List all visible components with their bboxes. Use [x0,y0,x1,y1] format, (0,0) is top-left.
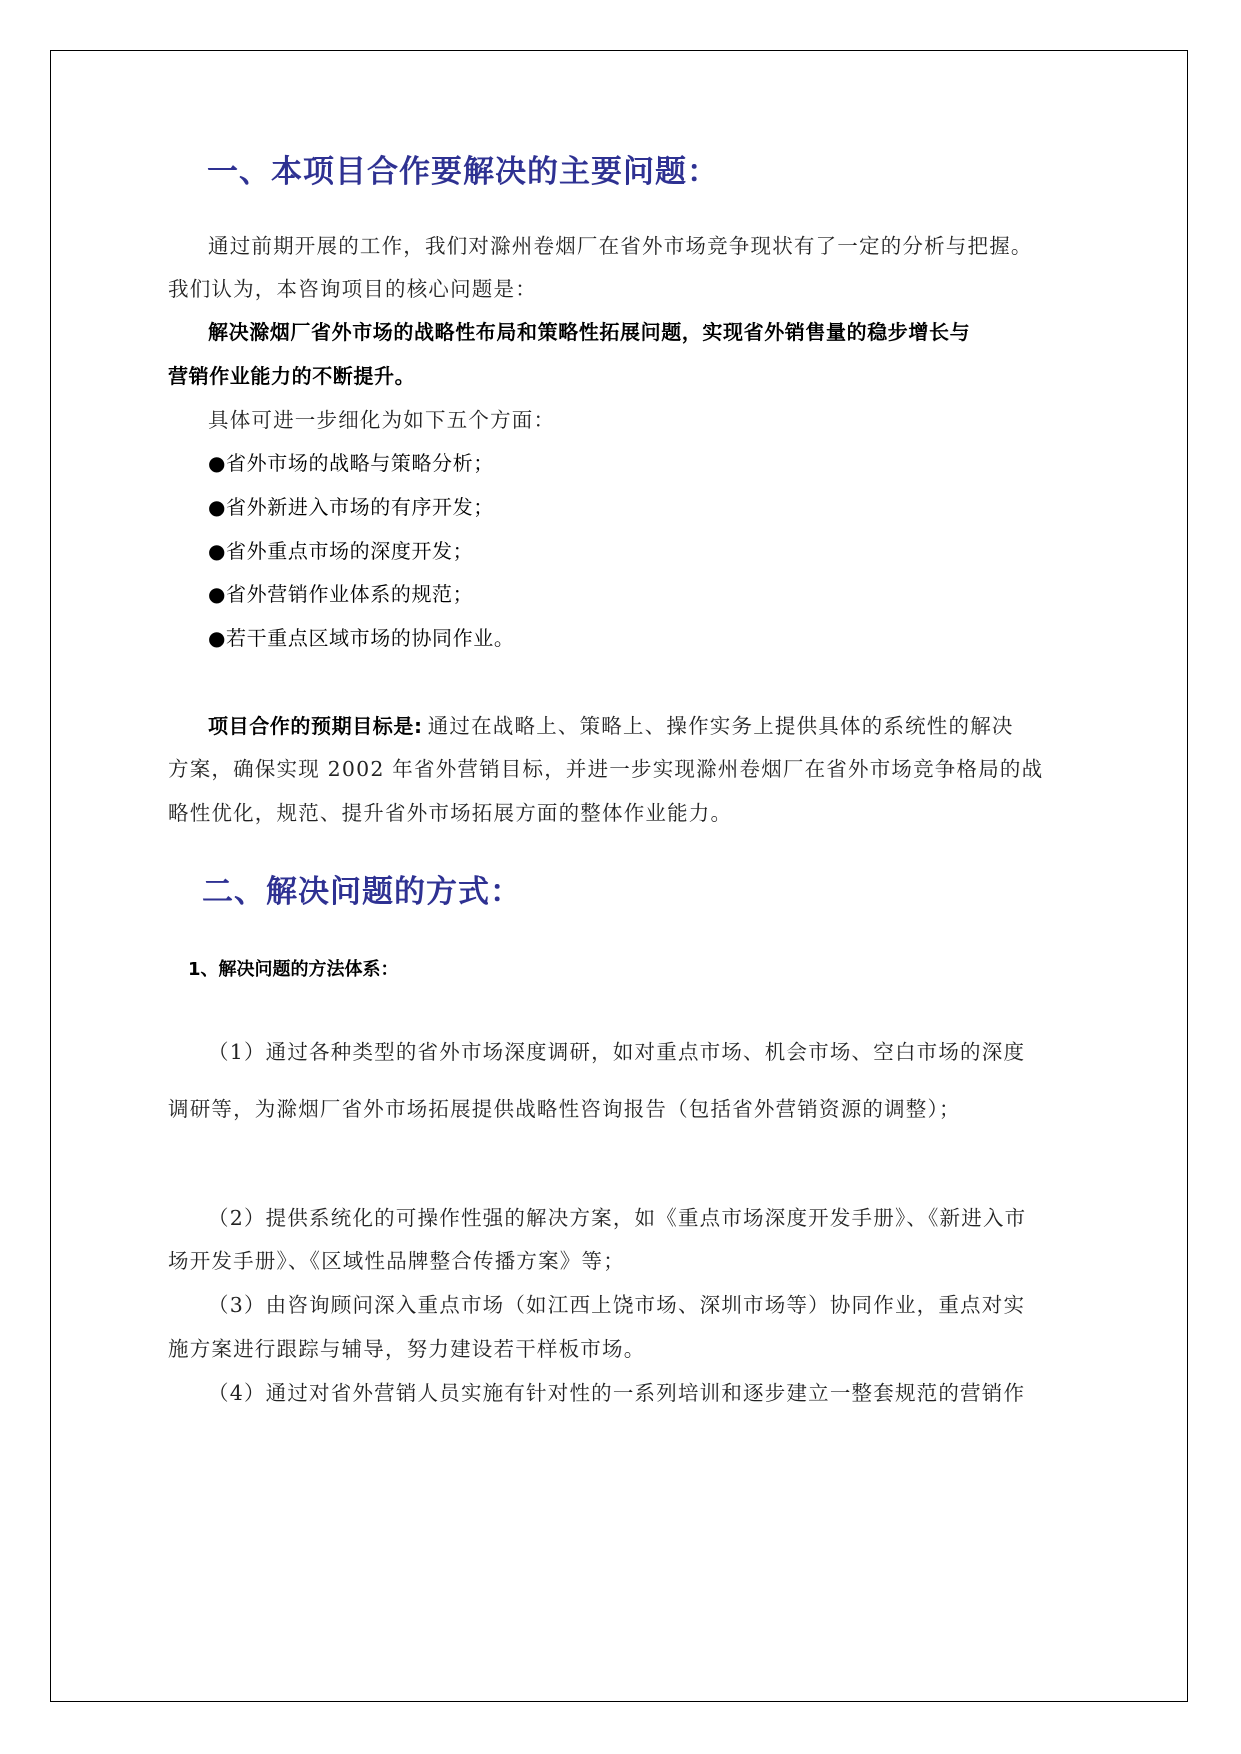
method-item-1-line2: 调研等，为滁烟厂省外市场拓展提供战略性咨询报告（包括省外营销资源的调整）； [168,1092,961,1122]
goal-paragraph-line1: 项目合作的预期目标是: 通过在战略上、策略上、操作实务上提供具体的系统性的解决 [208,709,1014,739]
section1-heading: 一、本项目合作要解决的主要问题： [207,146,719,191]
method-subheading: 1、解决问题的方法体系： [188,955,399,981]
bullet-item: ●省外市场的战略与策略分析； [208,447,494,476]
goal-text: 通过在战略上、策略上、操作实务上提供具体的系统性的解决 [428,714,1014,738]
method-item-3-line2: 施方案进行跟踪与辅导，努力建设若干样板市场。 [168,1332,645,1362]
bullet-item: ●若干重点区域市场的协同作业。 [208,622,514,651]
goal-paragraph-line2: 方案，确保实现 2002 年省外营销目标，并进一步实现滁州卷烟厂在省外市场竞争格… [168,752,1043,782]
goal-paragraph-line3: 略性优化，规范、提升省外市场拓展方面的整体作业能力。 [168,796,732,826]
bullet-item: ●省外重点市场的深度开发； [208,535,473,564]
method-item-4-line1: （4）通过对省外营销人员实施有针对性的一系列培训和逐步建立一整套规范的营销作 [208,1376,1025,1406]
core-problem-line1: 解决滁烟厂省外市场的战略性布局和策略性拓展问题，实现省外销售量的稳步增长与 [208,316,970,345]
bullet-item: ●省外新进入市场的有序开发； [208,491,494,520]
detail-intro: 具体可进一步细化为如下五个方面： [208,403,555,433]
method-item-2-line1: （2）提供系统化的可操作性强的解决方案，如《重点市场深度开发手册》、《新进入市 [208,1201,1026,1231]
method-item-1-line1: （1）通过各种类型的省外市场深度调研，如对重点市场、机会市场、空白市场的深度 [208,1035,1025,1065]
core-problem-line2: 营销作业能力的不断提升。 [168,360,415,389]
goal-label: 项目合作的预期目标是: [208,714,423,738]
bullet-item: ●省外营销作业体系的规范； [208,578,473,607]
intro-paragraph-line2: 我们认为，本咨询项目的核心问题是： [168,272,537,302]
intro-paragraph-line1: 通过前期开展的工作，我们对滁州卷烟厂在省外市场竞争现状有了一定的分析与把握。 [208,229,1033,259]
section2-heading: 二、解决问题的方式： [202,866,522,911]
method-item-2-line2: 场开发手册》、《区域性品牌整合传播方案》等； [168,1244,625,1274]
method-item-3-line1: （3）由咨询顾问深入重点市场（如江西上饶市场、深圳市场等）协同作业，重点对实 [208,1288,1025,1318]
